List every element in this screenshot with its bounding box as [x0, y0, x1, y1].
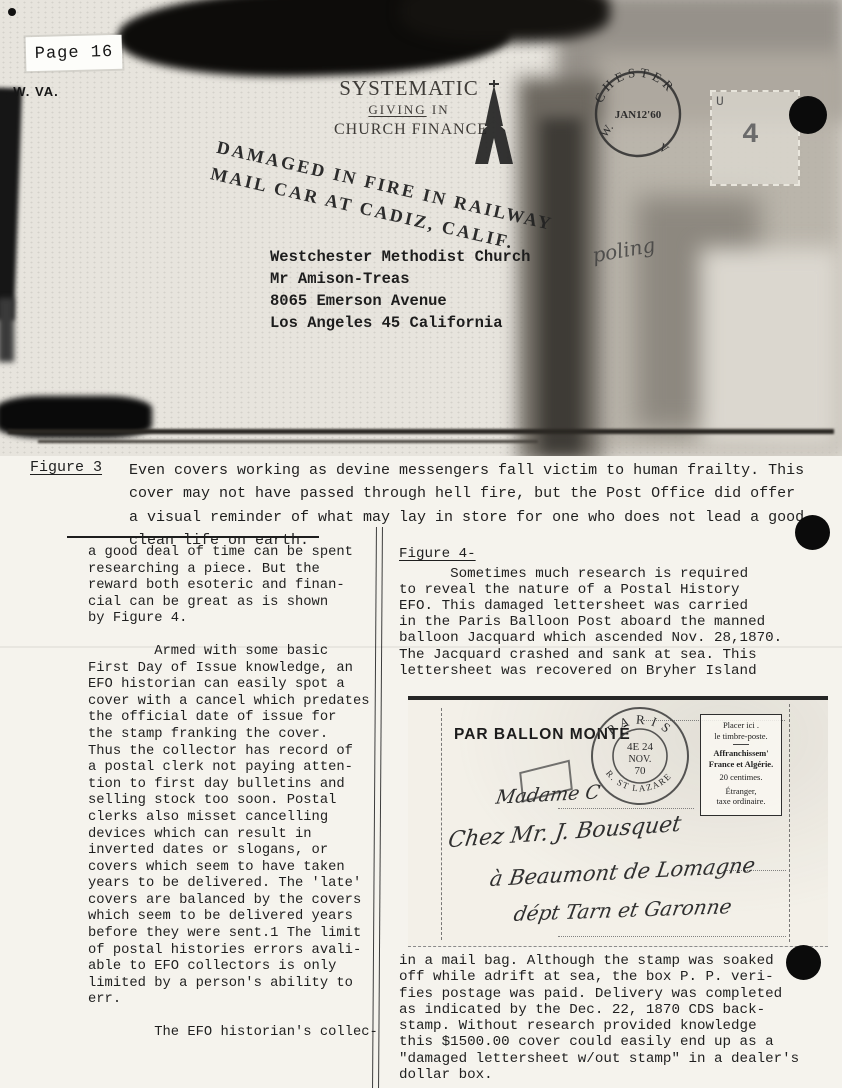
scan-artifact	[0, 298, 14, 362]
envelope-address: Westchester Methodist Church Mr Amison-T…	[270, 246, 530, 334]
scan-artifact	[400, 0, 610, 42]
placer-line: Étranger,	[701, 786, 781, 797]
left-paragraph-2: Armed with some basic First Day of Issue…	[88, 644, 384, 1009]
scan-artifact	[8, 8, 16, 16]
hole-punch-dot	[795, 515, 830, 550]
logo-giving-word: GIVING	[368, 102, 426, 117]
logo-in-word: IN	[427, 102, 450, 117]
paris-postmark-center2: NOV.	[629, 754, 652, 765]
photo-corner-text: , W. VA.	[4, 84, 59, 99]
figure4-lettersheet-image: PAR BALLON MONTÉ PARIS 4E 24 NOV. 70 R. …	[408, 696, 828, 947]
postmark-state-v: V	[656, 140, 671, 157]
figure4-label: Figure 4-	[399, 546, 476, 562]
handwriting-line-3: à Beaumont de Lomagne	[488, 853, 757, 891]
stamp-letter: U	[716, 94, 724, 109]
right-column: Figure 4- Sometimes much research is req…	[399, 546, 833, 679]
lettersheet-right-dashed-line	[789, 704, 790, 942]
hole-punch-dot	[789, 96, 827, 134]
left-paragraph-3: The EFO historian's collec-	[88, 1025, 384, 1042]
postmark-date-text: JAN12'60	[615, 109, 662, 121]
placer-line: France et Algérie.	[701, 759, 781, 770]
lettersheet-ruled-line	[558, 936, 786, 937]
right-paragraph-1: Sometimes much research is required to r…	[399, 566, 833, 679]
page-number-label: Page 16	[26, 35, 123, 72]
figure3-label: Figure 3	[30, 459, 102, 476]
hole-punch-dot	[786, 945, 821, 980]
svg-text:CHESTER: CHESTER	[591, 65, 679, 105]
placer-separator	[733, 744, 749, 745]
postage-stamp: U 4	[712, 92, 798, 184]
scan-artifact	[0, 88, 22, 321]
scanned-newsletter-page: Page 16 , W. VA. SYSTEMATIC GIVING IN CH…	[0, 0, 842, 1088]
postmark-state-w: W.	[597, 121, 616, 140]
placer-line: 20 centimes.	[701, 772, 781, 783]
right-paragraph-2: in a mail bag. Although the stamp was so…	[399, 953, 839, 1083]
scan-artifact	[700, 248, 840, 448]
church-steeple-icon	[462, 80, 526, 166]
figure3-caption: Even covers working as devine messengers…	[129, 459, 835, 553]
handwriting-line-4: dépt Tarn et Garonne	[512, 894, 734, 926]
lettersheet-left-dashed-line	[441, 708, 442, 940]
handwriting-line-2: Chez Mr. J. Bousquet	[447, 812, 683, 854]
placer-line: le timbre-poste.	[701, 731, 781, 742]
postmark-city-text: CHESTER	[591, 65, 679, 105]
left-column: a good deal of time can be spent researc…	[88, 545, 384, 1058]
placer-line: Affranchissem'	[701, 748, 781, 759]
scan-artifact	[38, 440, 538, 443]
placer-line: Placer ici .	[701, 720, 781, 731]
figure3-envelope-photo: Page 16 , W. VA. SYSTEMATIC GIVING IN CH…	[0, 0, 842, 456]
scan-artifact	[8, 429, 834, 434]
scan-artifact	[540, 118, 582, 454]
chester-postmark-icon: CHESTER JAN12'60 W. V	[588, 64, 688, 164]
placer-line: taxe ordinaire.	[701, 796, 781, 807]
paris-postmark-icon: PARIS 4E 24 NOV. 70 R. ST LAZARE	[584, 700, 696, 812]
caption-divider-rule	[67, 536, 319, 538]
paris-postmark-center3: 70	[635, 765, 647, 777]
left-paragraph-1: a good deal of time can be spent researc…	[88, 545, 384, 628]
stamp-value: 4	[742, 120, 759, 151]
placer-ici-stamp-box: Placer ici . le timbre-poste. Affranchis…	[700, 714, 782, 816]
paris-postmark-center1: 4E 24	[627, 741, 653, 753]
